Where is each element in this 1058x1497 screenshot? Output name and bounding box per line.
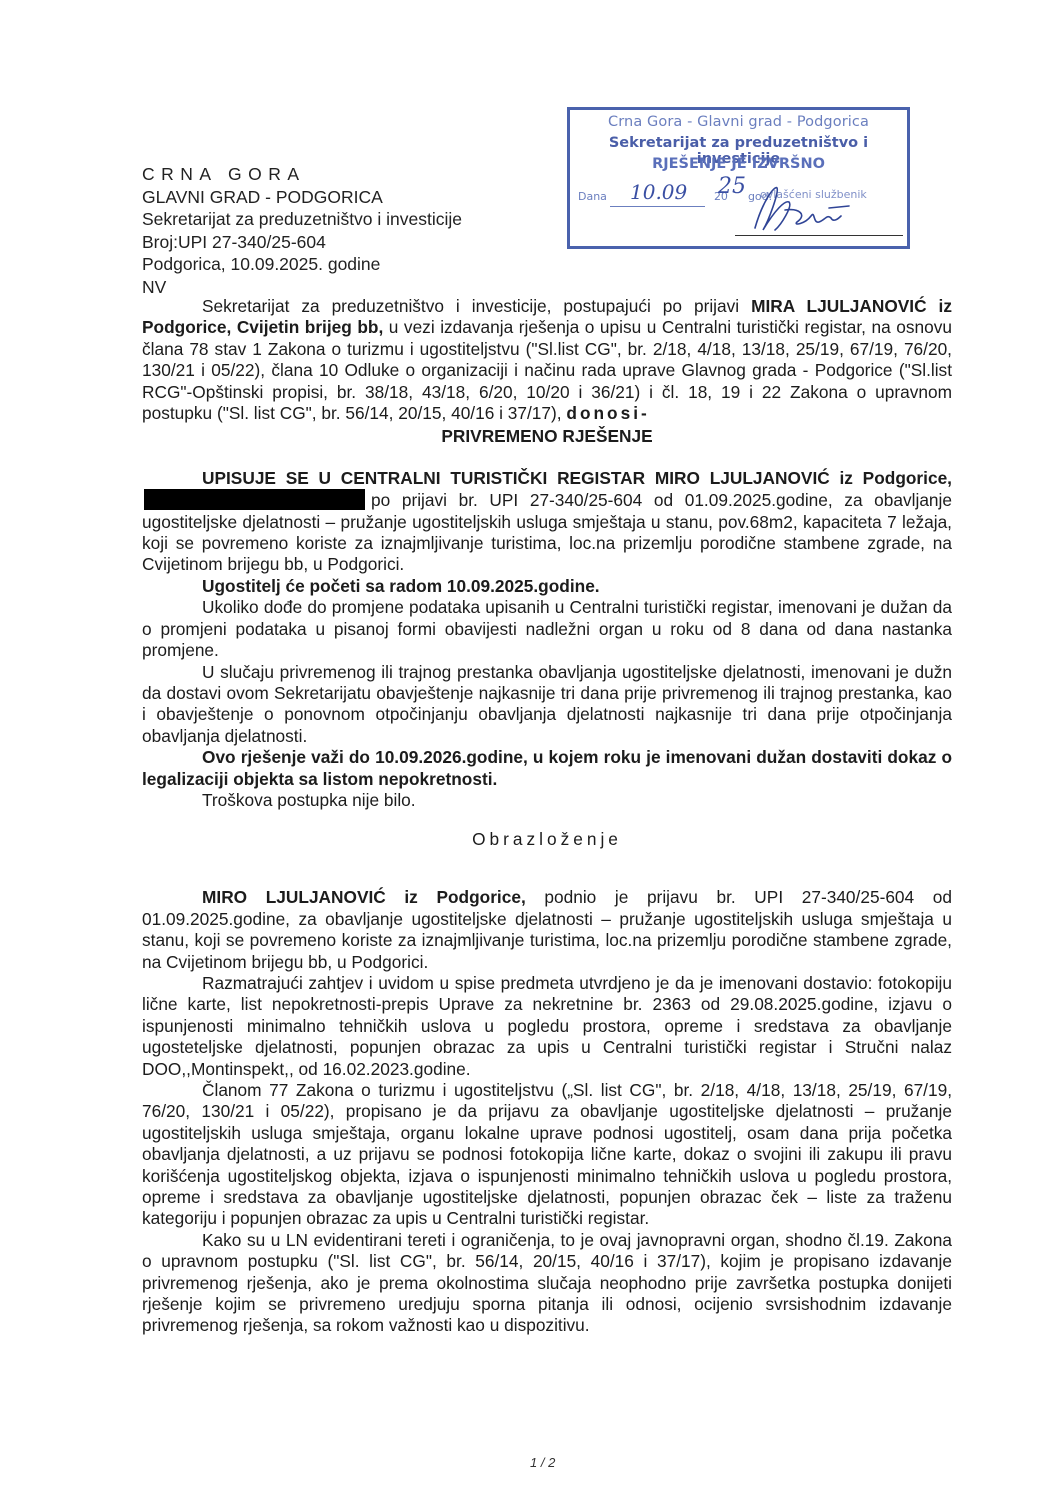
signature-icon — [745, 180, 855, 235]
intro-text: Sekretarijat za preduzetništvo i investi… — [202, 296, 751, 316]
header-place-date: Podgorica, 10.09.2025. godine — [142, 253, 462, 276]
reasoning-applicant: MIRO LJULJANOVIĆ iz Podgorice, — [202, 887, 526, 907]
decision-title: PRIVREMENO RJEŠENJE — [142, 426, 952, 447]
document-body: Sekretarijat za preduzetništvo i investi… — [142, 296, 952, 1337]
header-number: Broj:UPI 27-340/25-604 — [142, 231, 462, 254]
document-header: CRNA GORA GLAVNI GRAD - PODGORICA Sekret… — [142, 163, 462, 298]
stamp-line-authority: Crna Gora - Glavni grad - Podgorica — [570, 114, 907, 130]
stamp-handwritten-date: 10.09 — [630, 180, 687, 204]
reasoning-paragraph-4: Kako su u LN evidentirani tereti i ogran… — [142, 1230, 952, 1337]
cessation-paragraph: U slučaju privremenog ili trajnog presta… — [142, 662, 952, 748]
validity-paragraph: Ovo rješenje važi do 10.09.2026.godine, … — [142, 747, 952, 790]
header-secretariat: Sekretarijat za preduzetništvo i investi… — [142, 208, 462, 231]
stamp-date-label: Dana — [578, 190, 607, 203]
redaction-bar — [144, 489, 365, 510]
intro-paragraph: Sekretarijat za preduzetništvo i investi… — [142, 296, 952, 424]
decision-paragraph: UPISUJE SE U CENTRALNI TURISTIČKI REGIST… — [142, 468, 952, 576]
reasoning-paragraph-3: Članom 77 Zakona o turizmu i ugostiteljs… — [142, 1080, 952, 1230]
stamp-handwritten-year: 25 — [718, 174, 746, 199]
header-city: GLAVNI GRAD - PODGORICA — [142, 186, 462, 209]
page-number: 1 / 2 — [530, 1455, 555, 1470]
intro-decides: donosi- — [566, 403, 649, 423]
reasoning-title: Obrazloženje — [142, 829, 952, 850]
decision-registration: UPISUJE SE U CENTRALNI TURISTIČKI REGIST… — [202, 468, 952, 488]
signature-line — [735, 235, 903, 236]
header-initials: NV — [142, 276, 462, 299]
header-country: CRNA GORA — [142, 163, 462, 186]
change-notice-paragraph: Ukoliko dođe do promjene podataka upisan… — [142, 597, 952, 661]
reasoning-paragraph-1: MIRO LJULJANOVIĆ iz Podgorice, podnio je… — [142, 887, 952, 973]
reasoning-paragraph-2: Razmatrajući zahtjev i uvidom u spise pr… — [142, 973, 952, 1080]
stamp-line-enforceable: RJEŠENJE JE IZVRŠNO — [570, 156, 907, 172]
stamp-date-underline — [610, 206, 705, 207]
costs-paragraph: Troškova postupka nije bilo. — [142, 790, 952, 811]
enforceability-stamp: Crna Gora - Glavni grad - Podgorica Sekr… — [567, 107, 910, 249]
start-date-paragraph: Ugostitelj će početi sa radom 10.09.2025… — [142, 576, 952, 597]
